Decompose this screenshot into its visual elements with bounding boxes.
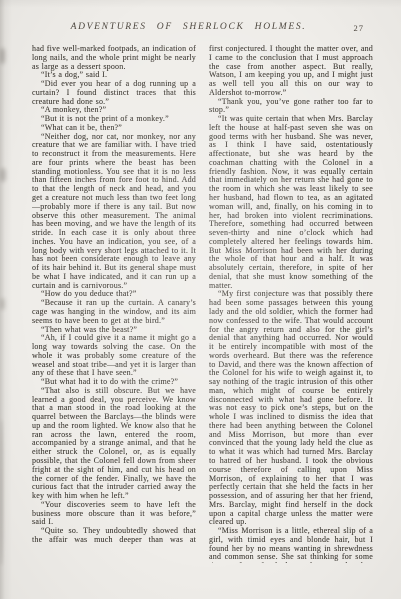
paragraph: had five well-marked footpads, an indica… xyxy=(32,45,196,71)
paragraph: “Ah, if I could give it a name it might … xyxy=(32,334,196,378)
paragraph: “My first conjecture was that possibly t… xyxy=(209,290,373,527)
paragraph: “It was quite certain that when Mrs. Bar… xyxy=(209,115,373,290)
scan-smudge xyxy=(0,298,5,310)
book-page: ADVENTURES OF SHERLOCK HOLMES. 27 had fi… xyxy=(0,0,401,599)
scan-smudge xyxy=(0,48,5,64)
paragraph: “Because it ran up the curtain. A canary… xyxy=(32,299,196,325)
running-title: ADVENTURES OF SHERLOCK HOLMES. xyxy=(20,22,357,32)
scan-edge-shadow xyxy=(0,420,3,565)
left-column: had five well-marked footpads, an indica… xyxy=(32,45,196,563)
paragraph: “Quite so. They undoubtedly showed that … xyxy=(32,527,196,545)
page-number: 27 xyxy=(354,23,365,33)
paragraph: first conjectured. I thought the matter … xyxy=(209,45,373,98)
paragraph: “Did ever you hear of a dog running up a… xyxy=(32,80,196,106)
text-block: had five well-marked footpads, an indica… xyxy=(32,45,373,563)
paragraph: “Your discoveries seem to have left the … xyxy=(32,501,196,527)
paragraph: “Neither dog, nor cat, nor monkey, nor a… xyxy=(32,133,196,291)
paragraph: “That also is still obscure. But we have… xyxy=(32,387,196,501)
scan-smudge xyxy=(0,168,6,182)
paragraph: “Thank you, you’ve gone rather too far t… xyxy=(209,98,373,116)
paragraph: “Miss Morrison is a little, ethereal sli… xyxy=(209,527,373,563)
right-column: first conjectured. I thought the matter … xyxy=(209,45,373,563)
